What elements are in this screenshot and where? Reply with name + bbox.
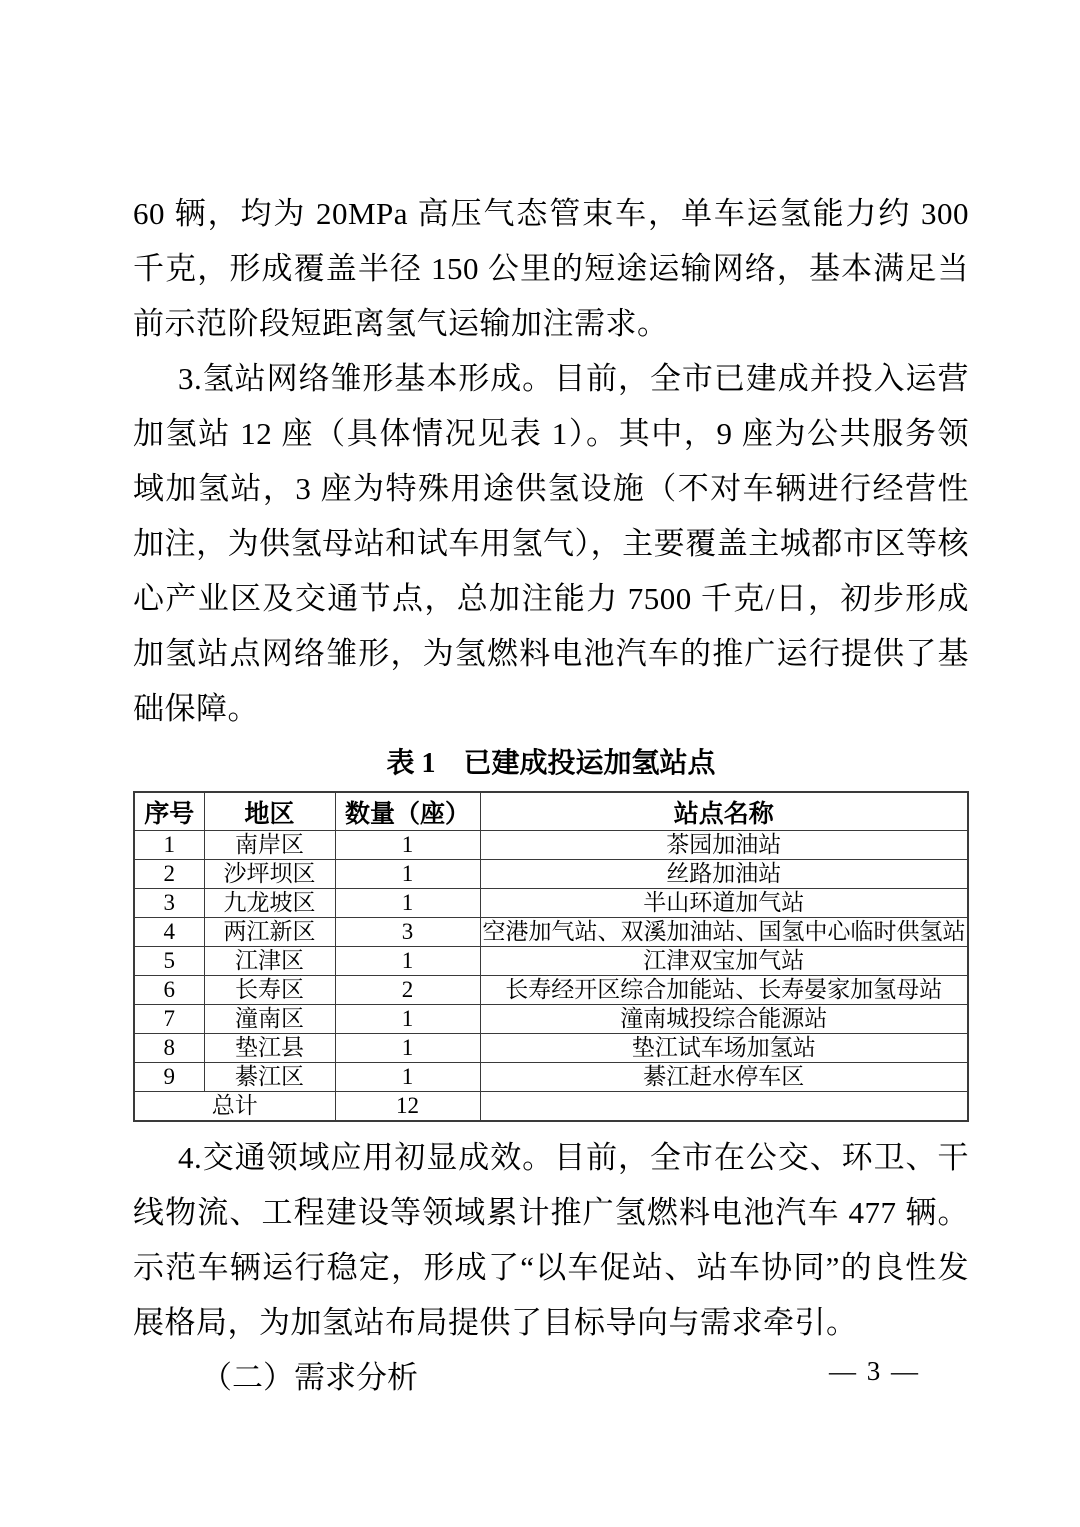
table-cell: 1: [335, 889, 480, 918]
table-cell: 6: [134, 976, 204, 1005]
table-cell: 9: [134, 1063, 204, 1092]
table-row: 5 江津区 1 江津双宝加气站: [134, 947, 968, 976]
table-cell: 3: [134, 889, 204, 918]
table-cell: 江津双宝加气站: [480, 947, 968, 976]
table-cell: 1: [335, 1063, 480, 1092]
table-cell: 垫江县: [204, 1034, 335, 1063]
table-header-cell-area: 地区: [204, 792, 335, 831]
table-cell: 丝路加油站: [480, 860, 968, 889]
table-row: 6 长寿区 2 长寿经开区综合加能站、长寿晏家加氢母站: [134, 976, 968, 1005]
table-cell: 两江新区: [204, 918, 335, 947]
table-cell: 1: [134, 831, 204, 860]
table-row: 8 垫江县 1 垫江试车场加氢站: [134, 1034, 968, 1063]
table-cell: 茶园加油站: [480, 831, 968, 860]
document-page: 60 辆，均为 20MPa 高压气态管束车，单车运氢能力约 300 千克，形成覆…: [0, 0, 1080, 1527]
table-cell: 7: [134, 1005, 204, 1034]
page-number: — 3 —: [829, 1356, 920, 1386]
table-cell: 半山环道加气站: [480, 889, 968, 918]
table-total-value: 12: [335, 1092, 480, 1122]
table-row: 2 沙坪坝区 1 丝路加油站: [134, 860, 968, 889]
paragraph-station-network: 3.氢站网络雏形基本形成。目前，全市已建成并投入运营加氢站 12 座（具体情况见…: [133, 351, 969, 736]
table-header-cell-no: 序号: [134, 792, 204, 831]
table-cell: 2: [134, 860, 204, 889]
stations-table: 序号 地区 数量（座） 站点名称 1 南岸区 1 茶园加油站 2 沙坪坝区 1: [133, 791, 969, 1122]
table-cell: 潼南区: [204, 1005, 335, 1034]
table-cell: 长寿区: [204, 976, 335, 1005]
table-cell: 南岸区: [204, 831, 335, 860]
table-cell: 5: [134, 947, 204, 976]
table-cell: 江津区: [204, 947, 335, 976]
document-content: 60 辆，均为 20MPa 高压气态管束车，单车运氢能力约 300 千克，形成覆…: [133, 186, 969, 1405]
table-cell: 九龙坡区: [204, 889, 335, 918]
table-total-label: 总计: [134, 1092, 335, 1122]
table-cell: 綦江区: [204, 1063, 335, 1092]
table-total-name-cell: [480, 1092, 968, 1122]
table-cell: 1: [335, 1005, 480, 1034]
paragraph-transport-capacity: 60 辆，均为 20MPa 高压气态管束车，单车运氢能力约 300 千克，形成覆…: [133, 186, 969, 351]
table-cell: 潼南城投综合能源站: [480, 1005, 968, 1034]
table-cell: 空港加气站、双溪加油站、国氢中心临时供氢站: [480, 918, 968, 947]
table-header-row: 序号 地区 数量（座） 站点名称: [134, 792, 968, 831]
table-row: 4 两江新区 3 空港加气站、双溪加油站、国氢中心临时供氢站: [134, 918, 968, 947]
table-caption: 表 1 已建成投运加氢站点: [133, 748, 969, 780]
table-row: 3 九龙坡区 1 半山环道加气站: [134, 889, 968, 918]
table-cell: 2: [335, 976, 480, 1005]
table-row: 7 潼南区 1 潼南城投综合能源站: [134, 1005, 968, 1034]
table-cell: 长寿经开区综合加能站、长寿晏家加氢母站: [480, 976, 968, 1005]
table-cell: 8: [134, 1034, 204, 1063]
table-header-cell-name: 站点名称: [480, 792, 968, 831]
paragraph-vehicle-deployment: 4.交通领域应用初显成效。目前，全市在公交、环卫、干线物流、工程建设等领域累计推…: [133, 1130, 969, 1350]
table-cell: 1: [335, 1034, 480, 1063]
table-cell: 1: [335, 860, 480, 889]
table-cell: 4: [134, 918, 204, 947]
table-header-cell-count: 数量（座）: [335, 792, 480, 831]
table-cell: 垫江试车场加氢站: [480, 1034, 968, 1063]
table-row: 9 綦江区 1 綦江赶水停车区: [134, 1063, 968, 1092]
table-total-row: 总计 12: [134, 1092, 968, 1122]
table-row: 1 南岸区 1 茶园加油站: [134, 831, 968, 860]
table-cell: 沙坪坝区: [204, 860, 335, 889]
table-cell: 綦江赶水停车区: [480, 1063, 968, 1092]
table-cell: 1: [335, 947, 480, 976]
table-cell: 3: [335, 918, 480, 947]
table-cell: 1: [335, 831, 480, 860]
